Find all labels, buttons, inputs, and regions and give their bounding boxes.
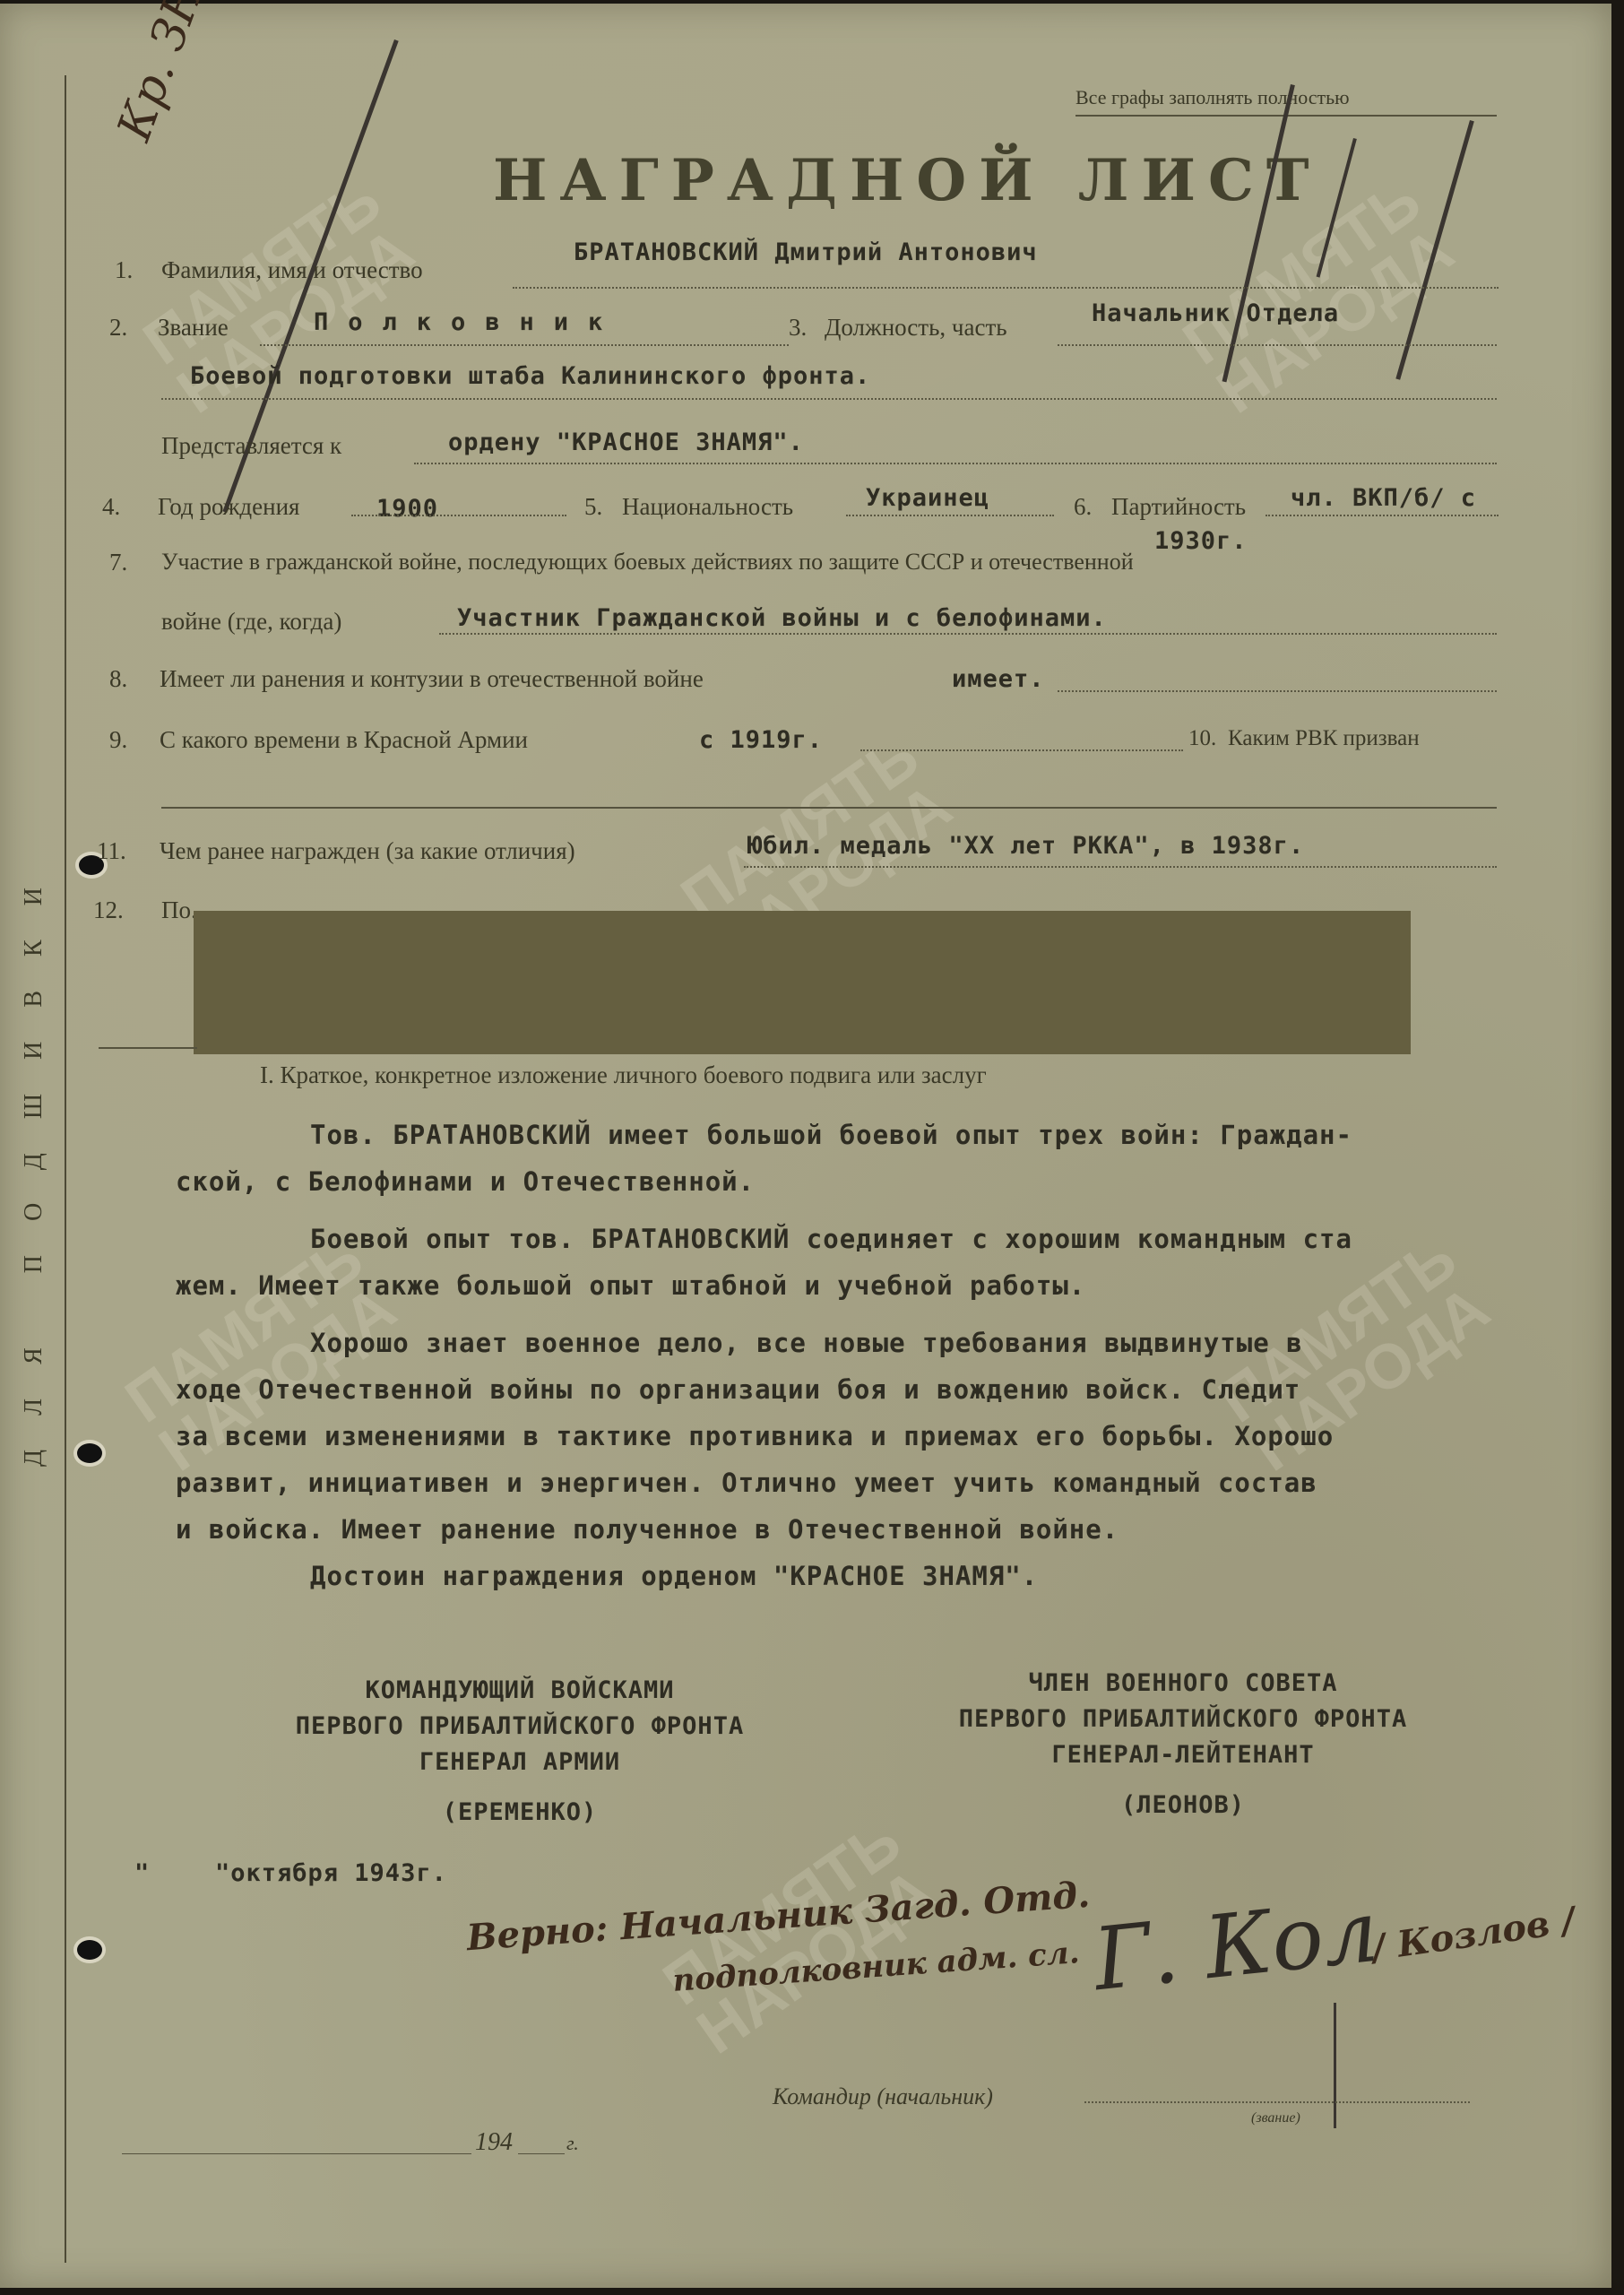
field-label-war-participation: Участие в гражданской войне, последующих… (161, 549, 1134, 576)
field-number: 11. (97, 837, 126, 865)
field-value-previous-awards: Юбил. медаль "XX лет РККА", в 1938г. (747, 832, 1304, 860)
narrative-line: Хорошо знает военное дело, все новые тре… (176, 1320, 1520, 1366)
fill-line (1084, 2101, 1470, 2103)
rank-label: (звание) (1251, 2110, 1300, 2126)
narrative-line: Боевой опыт тов. БРАТАНОВСКИЙ соединяет … (176, 1216, 1520, 1262)
fill-line (744, 866, 1497, 868)
fill-line (513, 287, 1499, 289)
field-value-position: Начальник Отдела (1092, 299, 1339, 327)
signatory-rank: ГЕНЕРАЛ АРМИИ (197, 1745, 842, 1780)
signatory-unit: ПЕРВОГО ПРИБАЛТИЙСКОГО ФРОНТА (860, 1702, 1506, 1737)
narrative-line: ходе Отечественной войны по организации … (176, 1366, 1520, 1413)
field-label-war-participation-cont: войне (где, когда) (161, 608, 341, 636)
handwritten-name: / Козлов / (1369, 1899, 1577, 1969)
pen-stroke (1334, 2003, 1336, 2128)
fill-line (846, 515, 1054, 516)
narrative-line: Достоин награждения орденом "КРАСНОЕ ЗНА… (176, 1553, 1520, 1599)
fill-line (99, 1047, 197, 1049)
narrative-line: и войска. Имеет ранение полученное в Оте… (176, 1506, 1520, 1553)
year-prefix: 194 (475, 2128, 513, 2157)
fill-line (161, 807, 1497, 809)
field-value-war-participation: Участник Гражданской войны и с белофинам… (457, 604, 1107, 632)
document-title: НАГРАДНОЙ ЛИСТ (493, 147, 1322, 214)
field-label-draft-office: Каким РВК призван (1228, 726, 1420, 751)
presented-label: Представляется к (161, 432, 341, 460)
field-label-nationality: Национальность (622, 493, 793, 521)
field-number: 12. (93, 896, 124, 924)
field-value-birth-year: 1900 (376, 495, 438, 523)
field-value-rank: Полковник (314, 308, 622, 336)
field-label-army-since: С какого времени в Красной Армии (160, 726, 528, 754)
narrative-line: жем. Имеет также большой опыт штабной и … (176, 1262, 1520, 1309)
fill-line (260, 344, 789, 346)
narrative-line: за всеми изменениями в тактике противник… (176, 1413, 1520, 1459)
field-value-nationality: Украинец (866, 484, 989, 512)
field-label-position: Должность, часть (825, 314, 1007, 342)
signatory-name: (ЛЕОНОВ) (860, 1788, 1506, 1823)
field-label-wounds: Имеет ли ранения и контузии в отечествен… (160, 665, 704, 693)
field-number: 9. (109, 726, 127, 754)
narrative-line: ской, с Белофинами и Отечественной. (176, 1158, 1520, 1205)
field-number: 2. (109, 314, 127, 342)
signatory-title: ЧЛЕН ВОЕННОГО СОВЕТА (860, 1666, 1506, 1702)
fill-line (414, 463, 1497, 464)
sheet-date: "октября 1943г. (215, 1859, 447, 1887)
fill-line (1058, 690, 1497, 692)
handwritten-annotation: Кр. ЗН (108, 0, 214, 148)
fill-line (1266, 515, 1499, 516)
field-number: 6. (1074, 493, 1092, 521)
date-quote: " (134, 1859, 150, 1887)
signatory-right: ЧЛЕН ВОЕННОГО СОВЕТА ПЕРВОГО ПРИБАЛТИЙСК… (860, 1666, 1506, 1823)
award-sheet: ПАМЯТЬ НАРОДА ПАМЯТЬ НАРОДА ПАМЯТЬ НАРОД… (0, 4, 1611, 2288)
field-label-birth-year: Год рождения (158, 493, 299, 521)
narrative-line: развит, инициативен и энергичен. Отлично… (176, 1459, 1520, 1506)
field-number: 7. (109, 549, 127, 576)
fill-instruction: Все графы заполнять полностью (1075, 86, 1350, 109)
fill-line (351, 515, 566, 516)
field-number: 5. (584, 493, 602, 521)
binding-margin-label: ДЛЯ ПОДШИВКИ (20, 613, 56, 1707)
punch-hole (77, 1940, 102, 1960)
section-heading: I. Краткое, конкретное изложение личного… (260, 1061, 987, 1089)
field-number: 8. (109, 665, 127, 693)
signatory-unit: ПЕРВОГО ПРИБАЛТИЙСКОГО ФРОНТА (197, 1709, 842, 1745)
binding-margin-rule (65, 75, 66, 2263)
signatory-rank: ГЕНЕРАЛ-ЛЕЙТЕНАНТ (860, 1737, 1506, 1773)
field-label-rank: Звание (158, 314, 229, 342)
signatory-title: КОМАНДУЮЩИЙ ВОЙСКАМИ (197, 1673, 842, 1709)
signatory-name: (ЕРЕМЕНКО) (197, 1795, 842, 1831)
field-label-party: Партийность (1111, 493, 1246, 521)
field-number: 4. (102, 493, 120, 521)
year-suffix: г. (566, 2132, 579, 2155)
fill-line (439, 633, 1497, 635)
fill-line (518, 2153, 565, 2154)
punch-hole (77, 1443, 102, 1463)
field-value-position-cont: Боевой подготовки штаба Калининского фро… (190, 362, 870, 390)
fill-line (122, 2153, 471, 2154)
field-value-army-since: с 1919г. (699, 726, 823, 754)
fill-line (1058, 344, 1497, 346)
presented-value: ордену "КРАСНОЕ ЗНАМЯ". (448, 429, 804, 456)
narrative-line: Тов. БРАТАНОВСКИЙ имеет большой боевой о… (176, 1112, 1520, 1158)
signatory-left: КОМАНДУЮЩИЙ ВОЙСКАМИ ПЕРВОГО ПРИБАЛТИЙСК… (197, 1673, 842, 1831)
field-number: 3. (789, 314, 807, 342)
fill-line (860, 749, 1183, 751)
narrative: Тов. БРАТАНОВСКИЙ имеет большой боевой о… (176, 1112, 1520, 1599)
handwritten-signature: Г. Кол (1089, 1881, 1383, 2011)
field-number: 1. (115, 256, 133, 284)
field-value-name: БРАТАНОВСКИЙ Дмитрий Антонович (574, 238, 1038, 266)
field-value-party-cont: 1930г. (1154, 527, 1248, 555)
redaction-block (194, 911, 1411, 1054)
field-label-previous-awards: Чем ранее награжден (за какие отличия) (160, 837, 575, 865)
fill-line (161, 398, 1497, 400)
field-value-party: чл. ВКП/б/ с (1291, 484, 1476, 512)
field-value-wounds: имеет. (952, 665, 1045, 693)
commander-label: Командир (начальник) (773, 2083, 993, 2110)
field-number: 10. (1188, 726, 1216, 751)
field-label-name: Фамилия, имя и отчество (161, 256, 423, 284)
